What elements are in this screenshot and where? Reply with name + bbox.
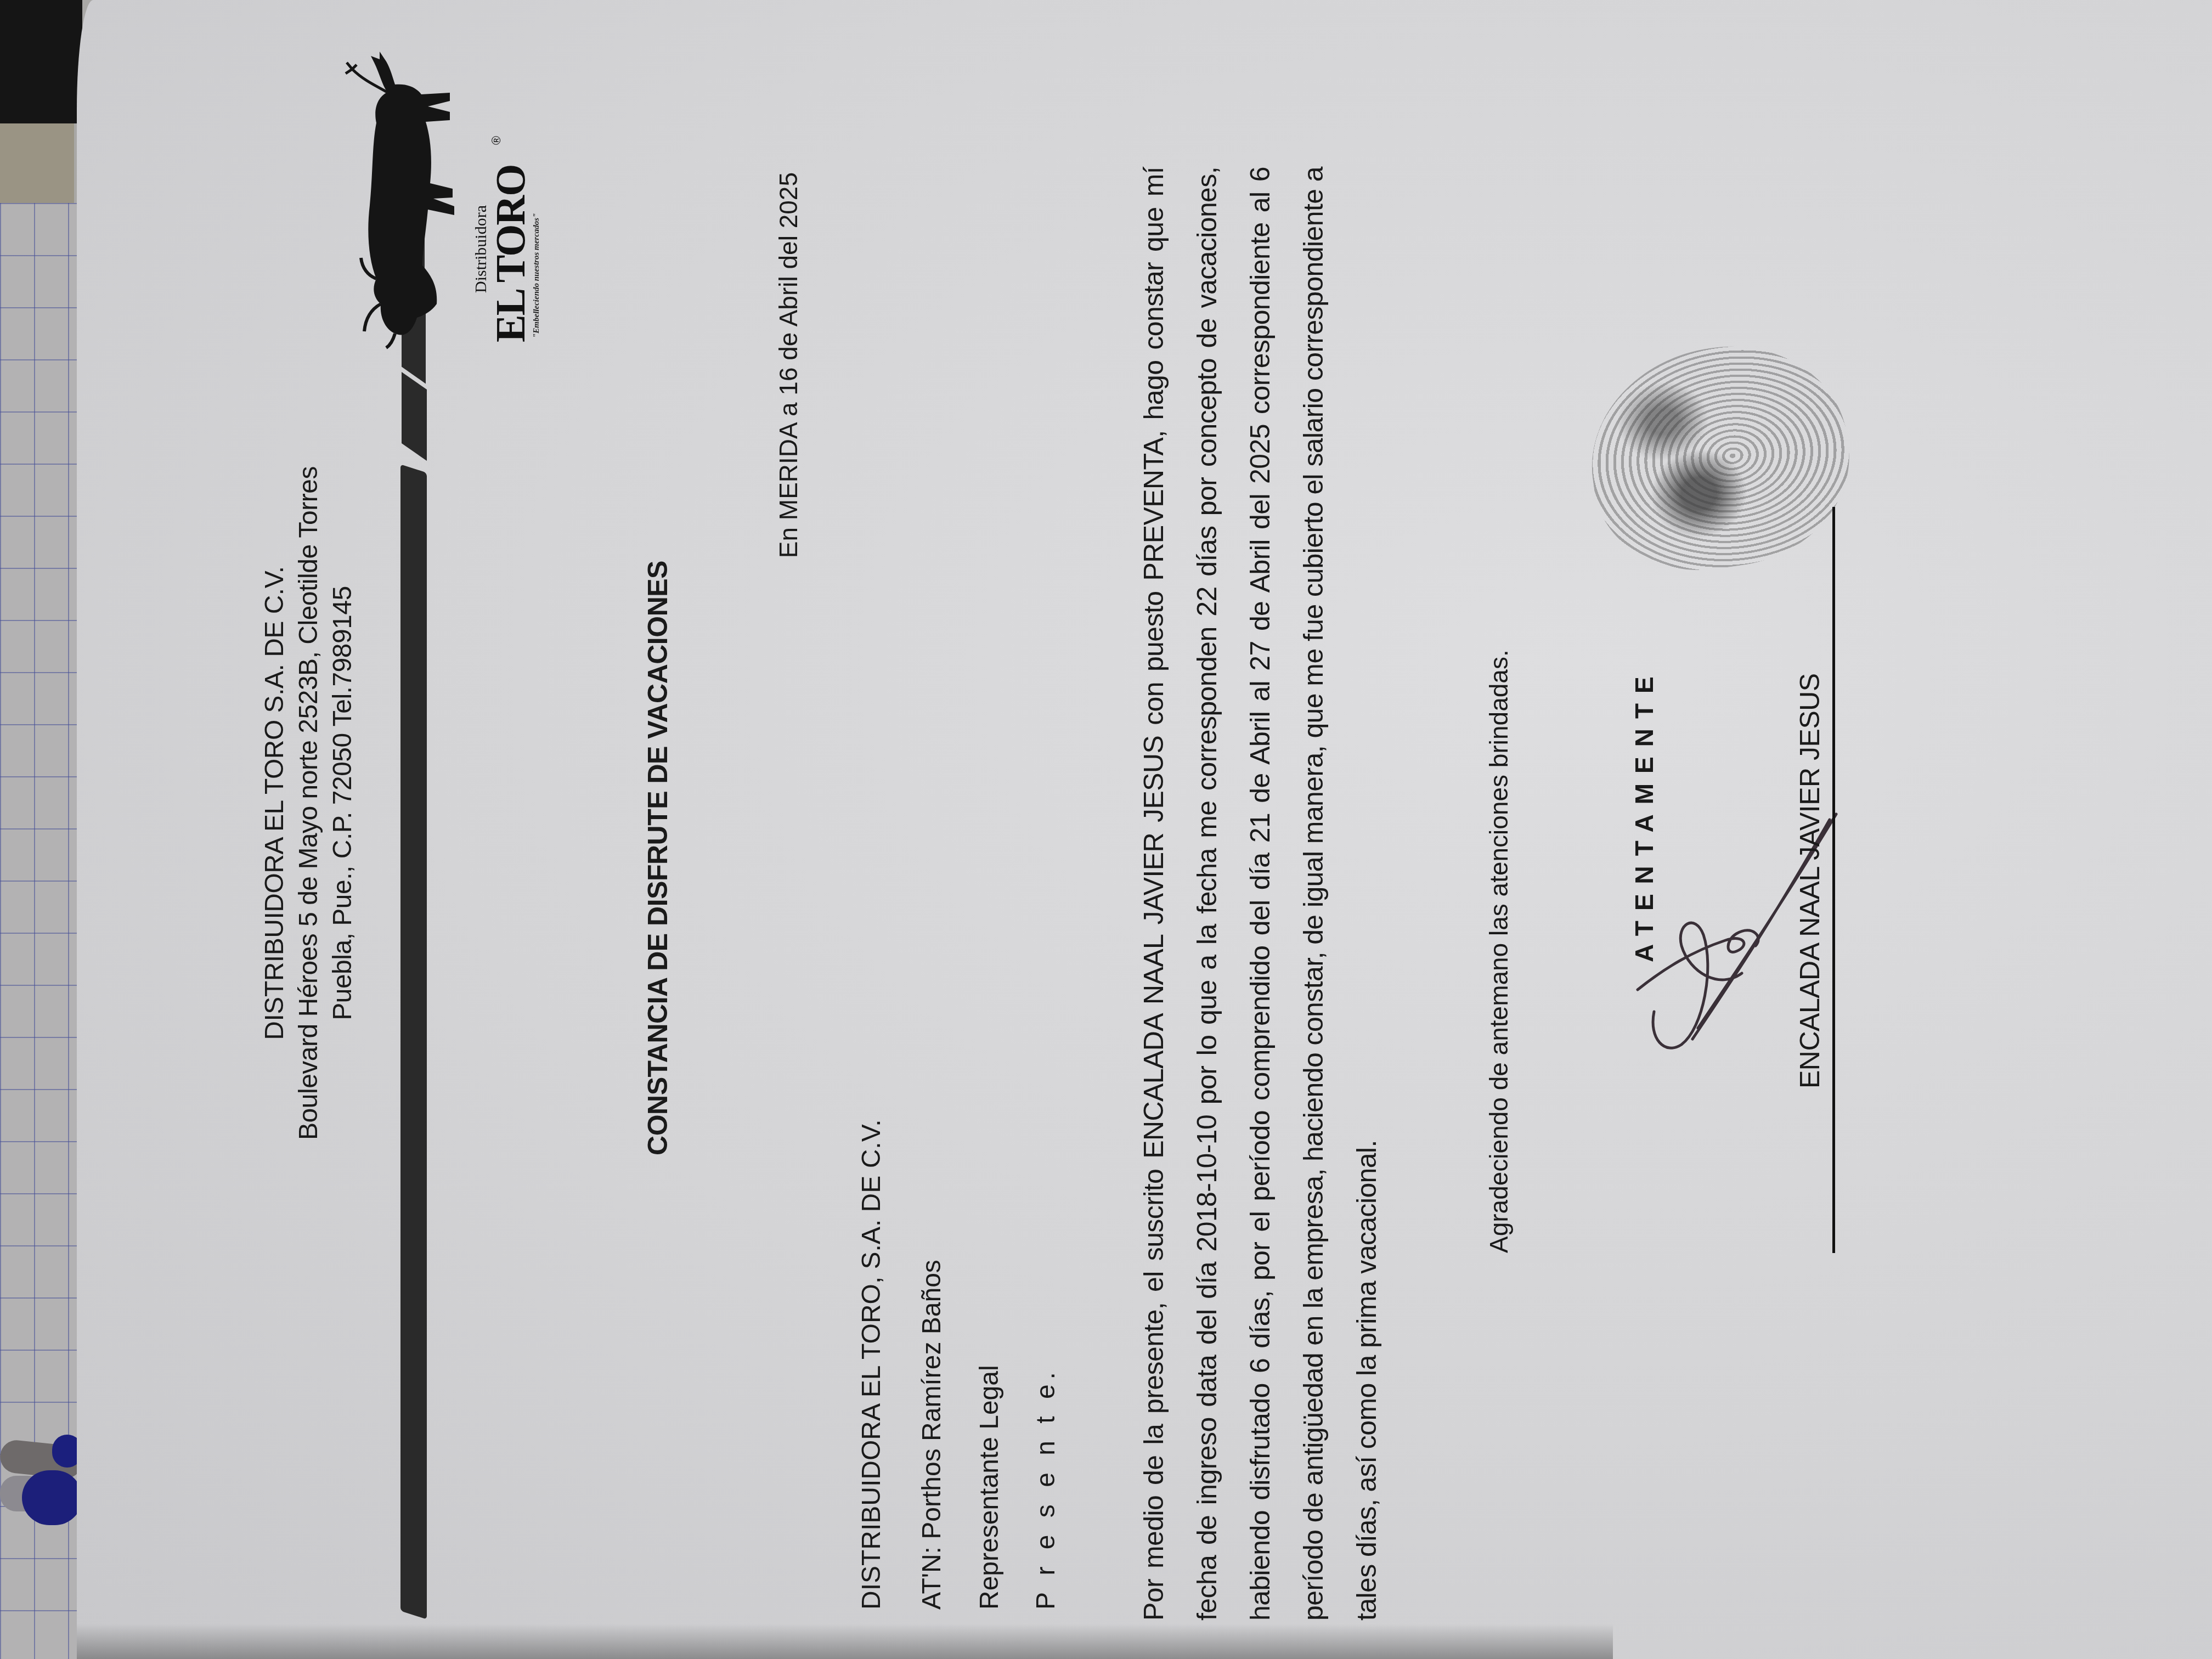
signer-name: ENCALADA NAAL JAVIER JESUS: [1794, 673, 1826, 1088]
cardboard-edge: [0, 123, 74, 206]
pen-cap-icon: [22, 1470, 82, 1525]
company-logo: Distribuidora EL TORO ® "Embelleciendo n…: [357, 35, 554, 375]
letterhead-company: DISTRIBUIDORA EL TORO S.A. DE C.V.: [258, 342, 292, 1264]
dark-object: [0, 0, 82, 123]
body-paragraph: Por medio de la presente, el suscrito EN…: [1127, 167, 1393, 1621]
bull-silhouette-icon: [340, 41, 466, 370]
letter: DISTRIBUIDORA EL TORO S.A. DE C.V. Boule…: [77, 0, 2212, 1659]
letterhead-address-1: Boulevard Héroes 5 de Mayo norte 2523B, …: [292, 342, 326, 1264]
signature-line: [1832, 507, 1835, 1253]
document-title: CONSTANCIA DE DISFRUTE DE VACACIONES: [642, 474, 674, 1242]
fingerprint-icon: [1577, 331, 1863, 584]
place-date: En MERIDA a 16 de Abril del 2025: [774, 172, 803, 655]
header-stripe: [400, 464, 427, 1620]
logo-name: EL TORO: [487, 165, 535, 342]
registered-mark-icon: ®: [489, 136, 504, 145]
header-stripe-segment: [402, 372, 427, 461]
letterhead: DISTRIBUIDORA EL TORO S.A. DE C.V. Boule…: [258, 342, 360, 1264]
letterhead-address-2: Puebla, Pue., C.P. 72050 Tel.7989145: [326, 342, 360, 1264]
logo-tagline: "Embelleciendo nuestros mercados": [532, 213, 541, 338]
closing-thanks: Agradeciendo de antemano las atenciones …: [1484, 430, 1514, 1253]
